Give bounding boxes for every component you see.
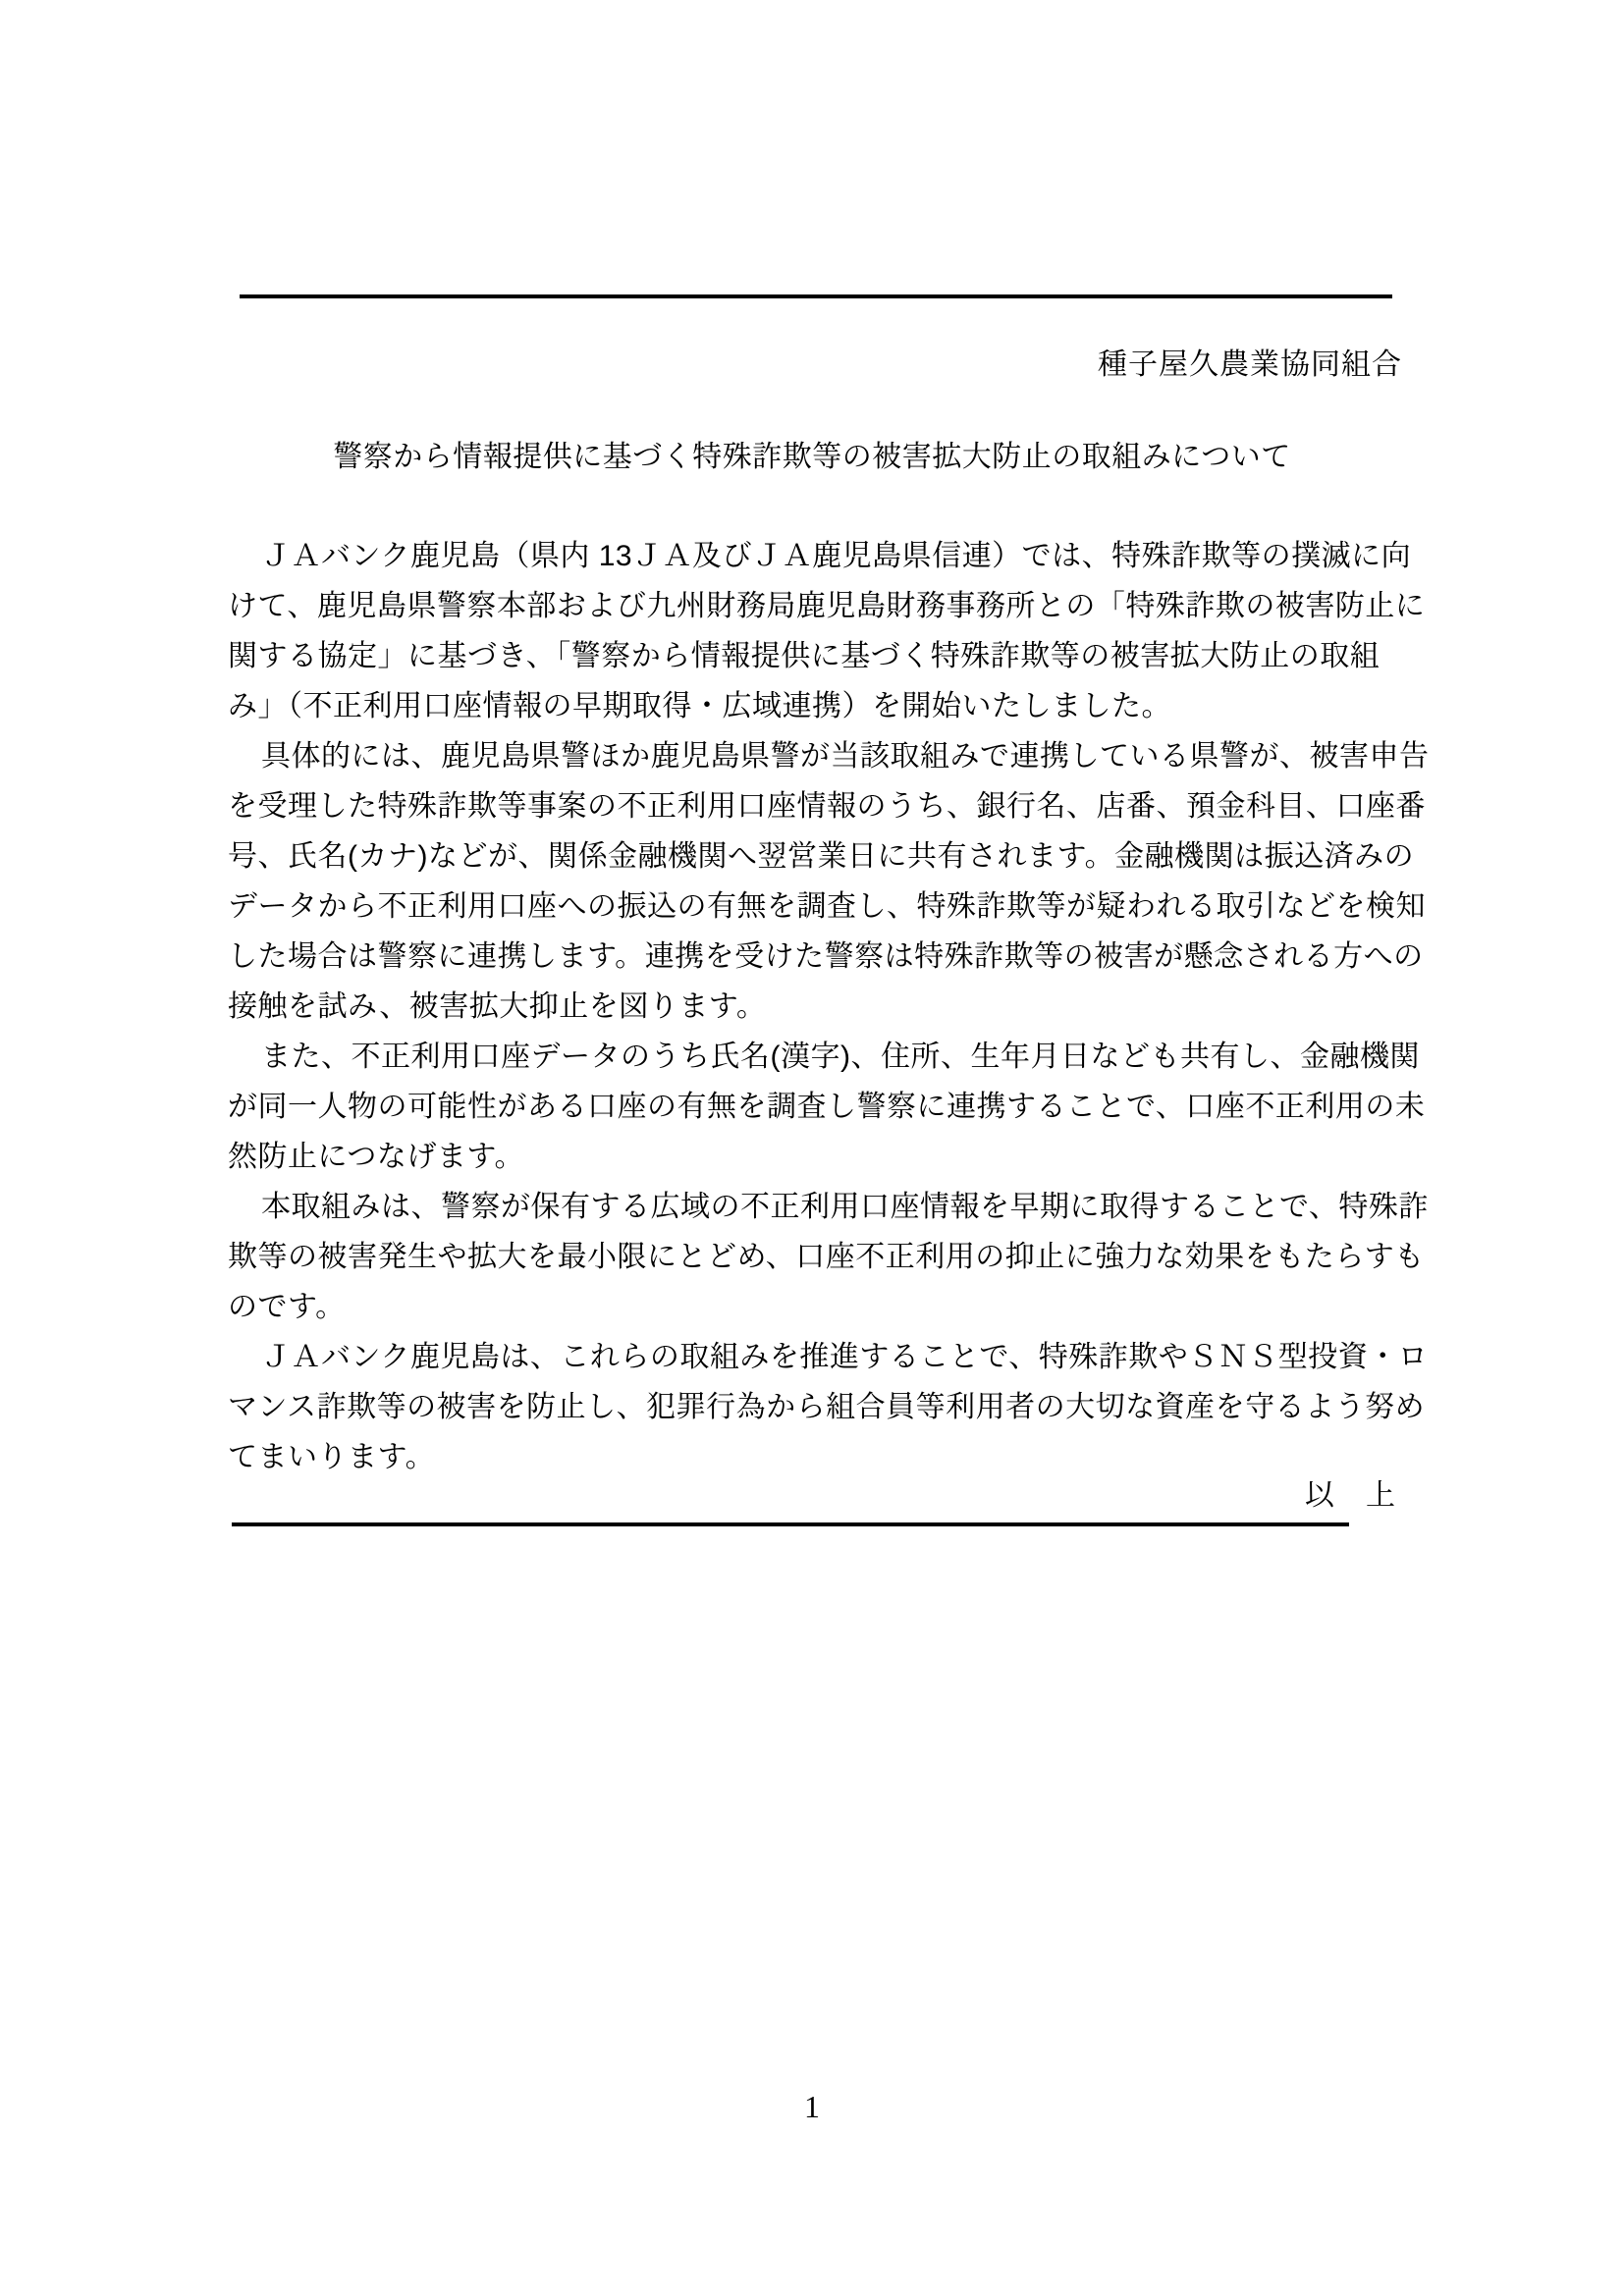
body-line: 欺等の被害発生や拡大を最小限にとどめ、口座不正利用の抑止に強力な効果をもたらすも xyxy=(228,1232,1398,1282)
body-line: 本取組みは、警察が保有する広域の不正利用口座情報を早期に取得することで、特殊詐 xyxy=(228,1182,1398,1232)
document-title: 警察から情報提供に基づく特殊詐欺等の被害拡大防止の取組みについて xyxy=(0,432,1624,475)
bottom-rule xyxy=(232,1522,1349,1526)
body-line: 接触を試み、被害拡大抑止を図ります。 xyxy=(228,982,1398,1032)
body-line: のです。 xyxy=(228,1282,1398,1332)
body-line: 関する協定」に基づき、「警察から情報提供に基づく特殊詐欺等の被害拡大防止の取組 xyxy=(228,631,1398,681)
closing-word: 以 上 xyxy=(228,1470,1396,1514)
body-line: ＪＡバンク鹿児島は、これらの取組みを推進することで、特殊詐欺やＳＮＳ型投資・ロ xyxy=(228,1332,1398,1382)
body-line: データから不正利用口座への振込の有無を調査し、特殊詐欺等が疑われる取引などを検知 xyxy=(228,881,1398,932)
body-line: また、不正利用口座データのうち氏名(漢字)、住所、生年月日なども共有し、金融機関 xyxy=(228,1032,1398,1082)
document-page: 種子屋久農業協同組合 警察から情報提供に基づく特殊詐欺等の被害拡大防止の取組みに… xyxy=(0,0,1624,2296)
body-line: ＪＡバンク鹿児島（県内 13ＪＡ及びＪＡ鹿児島県信連）では、特殊詐欺等の撲滅に向 xyxy=(228,531,1398,581)
body-line: した場合は警察に連携します。連携を受けた警察は特殊詐欺等の被害が懸念される方への xyxy=(228,932,1398,982)
body-line: を受理した特殊詐欺等事案の不正利用口座情報のうち、銀行名、店番、預金科目、口座番 xyxy=(228,781,1398,831)
body-line: マンス詐欺等の被害を防止し、犯罪行為から組合員等利用者の大切な資産を守るよう努め xyxy=(228,1382,1398,1432)
page-number: 1 xyxy=(0,2089,1624,2125)
organization-name: 種子屋久農業協同組合 xyxy=(228,340,1402,383)
body-line: 然防止につなげます。 xyxy=(228,1132,1398,1182)
body-line: 具体的には、鹿児島県警ほか鹿児島県警が当該取組みで連携している県警が、被害申告 xyxy=(228,731,1398,781)
top-rule xyxy=(240,294,1392,298)
body-line: 号、氏名(カナ)などが、関係金融機関へ翌営業日に共有されます。金融機関は振込済み… xyxy=(228,831,1398,881)
body-line: み」（不正利用口座情報の早期取得・広域連携）を開始いたしました。 xyxy=(228,681,1398,731)
body-line: けて、鹿児島県警察本部および九州財務局鹿児島財務事務所との「特殊詐欺の被害防止に xyxy=(228,581,1398,631)
body-line: が同一人物の可能性がある口座の有無を調査し警察に連携することで、口座不正利用の未 xyxy=(228,1082,1398,1132)
document-body: ＪＡバンク鹿児島（県内 13ＪＡ及びＪＡ鹿児島県信連）では、特殊詐欺等の撲滅に向… xyxy=(228,531,1398,1482)
